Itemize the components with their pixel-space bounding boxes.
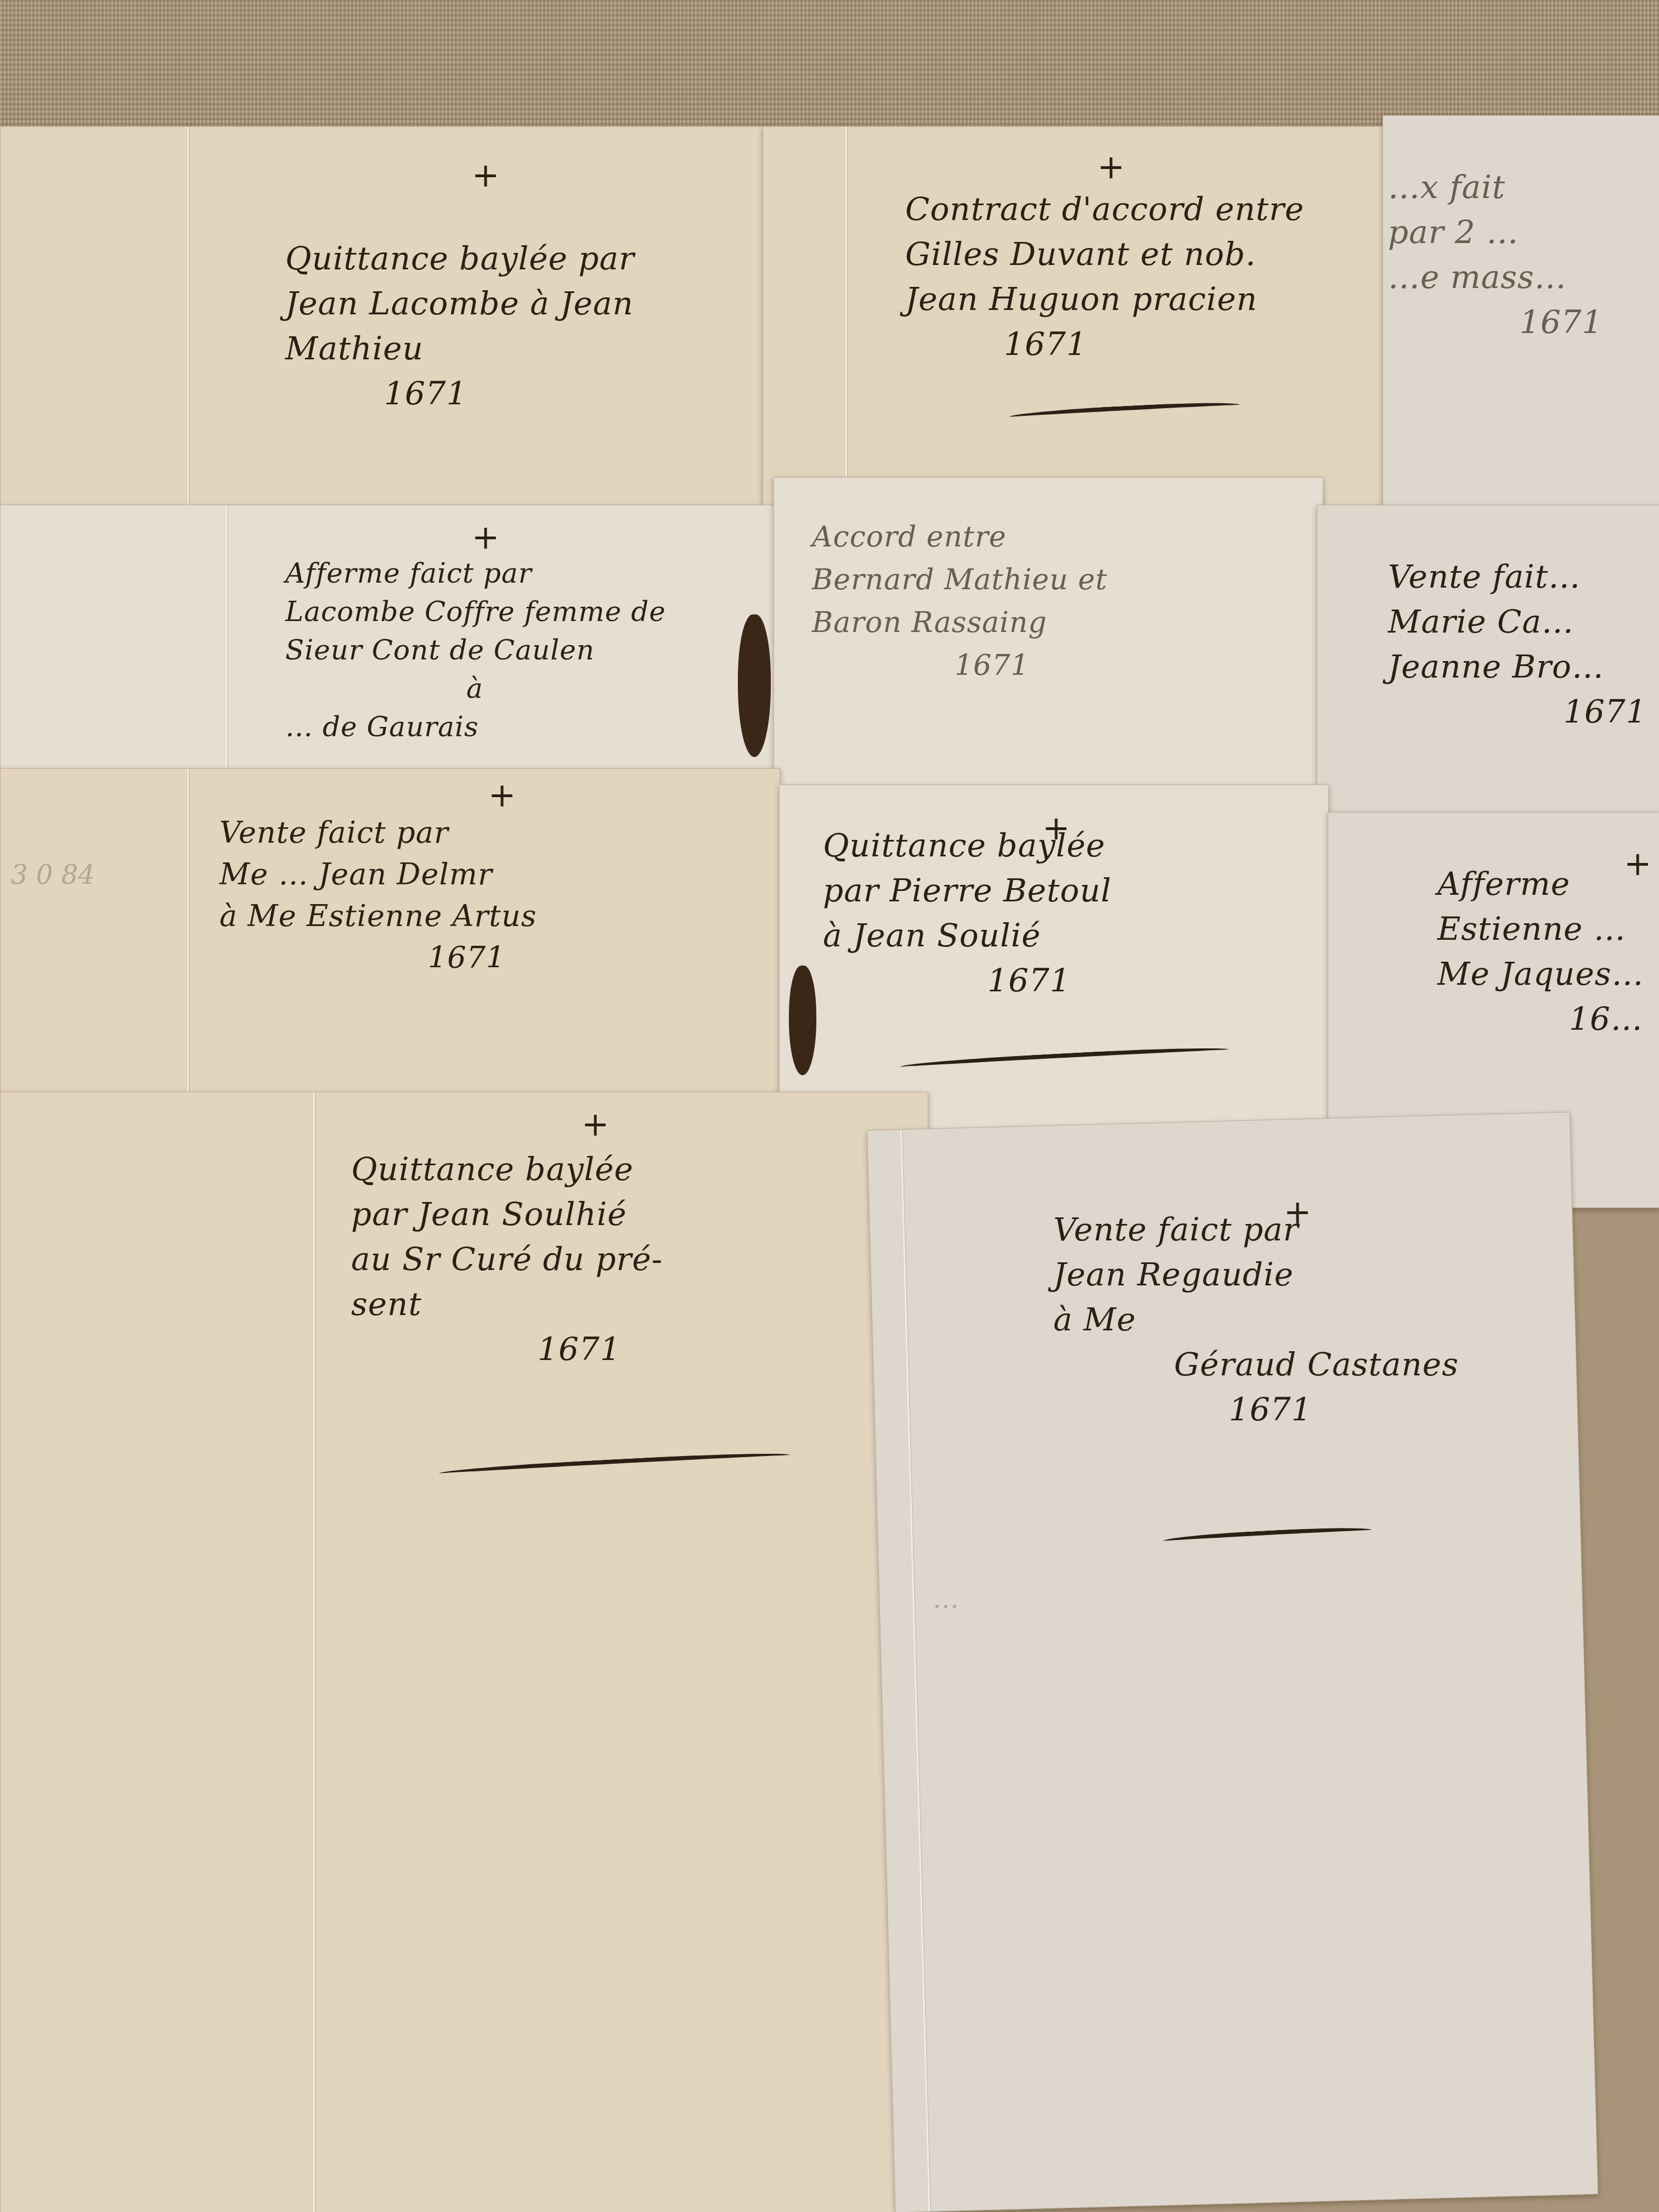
docket-year: 1671	[219, 937, 537, 979]
docket-row3-center: Quittance baylée par Pierre Betoul à Jea…	[823, 823, 1111, 1003]
docket-year: 1671	[1053, 1387, 1459, 1432]
docket-row3-right: Afferme Estienne … Me Jaques… 16…	[1437, 861, 1644, 1041]
docket-top-center: Contract d'accord entre Gilles Duvant et…	[905, 187, 1304, 366]
docket-row3-left: Vente faict par Me … Jean Delmr à Me Est…	[219, 812, 537, 979]
docket-year: 1671	[1388, 300, 1603, 345]
cross-mark: +	[488, 779, 516, 812]
cross-mark: +	[472, 159, 499, 192]
cross-mark: +	[1097, 151, 1125, 184]
fold-line	[900, 1130, 930, 2211]
docket-year: 16…	[1437, 996, 1644, 1041]
cross-mark: +	[472, 521, 499, 554]
docket-year: 1671	[351, 1327, 663, 1372]
docket-middle-left: Afferme faict par Lacombe Coffre femme d…	[285, 554, 666, 746]
docket-year: 1671	[285, 371, 635, 416]
docket-top-right: …x fait par 2 … …e mass… 1671	[1388, 165, 1603, 345]
docket-year: 1671	[823, 958, 1111, 1003]
fold-line	[845, 127, 847, 511]
fold-line	[225, 505, 227, 791]
fold-line	[313, 1092, 315, 2212]
docket-bottom-left: Quittance baylée par Jean Soulhié au Sr …	[351, 1147, 663, 1372]
ink-stain	[789, 966, 816, 1075]
docket-middle-right: Vente fait… Marie Ca… Jeanne Bro… 1671	[1388, 554, 1647, 734]
ink-stain	[738, 614, 771, 757]
cross-mark: +	[582, 1108, 609, 1141]
docket-bottom-right: Vente faict par Jean Regaudie à Me Gérau…	[1053, 1207, 1459, 1432]
margin-fragments: 3 0 84	[11, 856, 95, 894]
docket-year: 1671	[905, 321, 1304, 366]
docket-year: 1671	[1388, 689, 1647, 734]
docket-year: 1671	[812, 644, 1108, 687]
fold-line	[187, 127, 189, 522]
fold-line	[187, 769, 189, 1142]
docket-middle-center: Accord entre Bernard Mathieu et Baron Ra…	[812, 516, 1108, 687]
docket-top-left: Quittance baylée par Jean Lacombe à Jean…	[285, 236, 635, 416]
bleed-through-text: …	[933, 1580, 959, 1618]
